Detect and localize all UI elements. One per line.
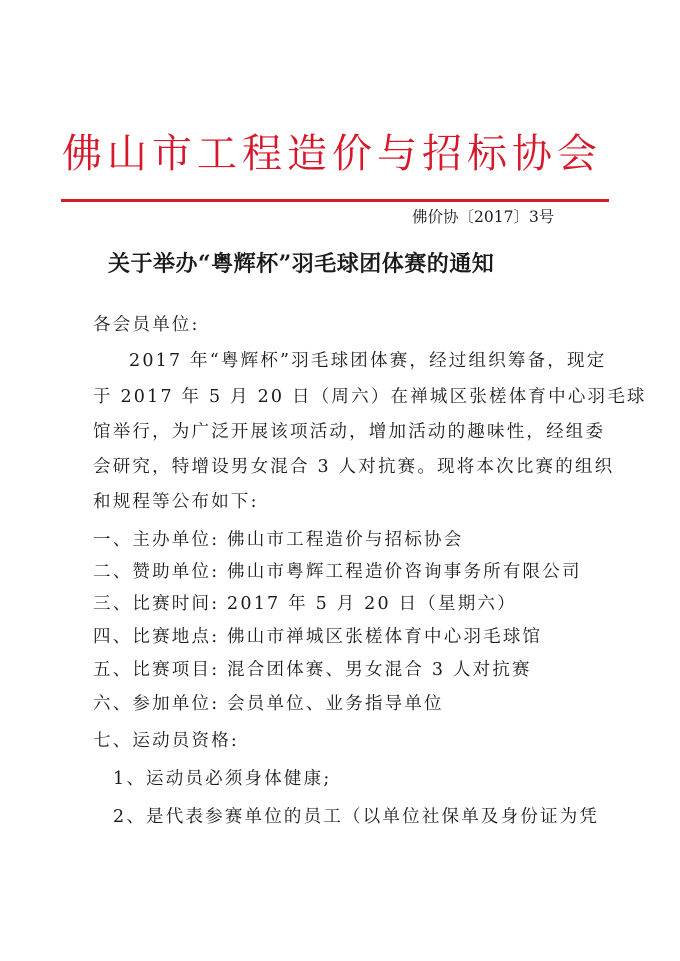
intro-line-2: 于 2017 年 5 月 20 日（周六）在禅城区张槎体育中心羽毛球 [93, 385, 647, 409]
item-athlete-eligibility: 七、运动员资格: [93, 729, 239, 753]
notice-title: 关于举办“粤辉杯”羽毛球团体赛的通知 [108, 250, 494, 278]
letterhead-red-rule [61, 199, 609, 202]
eligibility-sub-item-1: 1、运动员必须身体健康; [113, 767, 331, 791]
item-time: 三、比赛时间: 2017 年 5 月 20 日（星期六） [93, 592, 517, 616]
item-organizer: 一、主办单位: 佛山市工程造价与招标协会 [93, 528, 463, 552]
item-venue: 四、比赛地点: 佛山市禅城区张槎体育中心羽毛球馆 [93, 625, 542, 649]
intro-line-4: 会研究，特增设男女混合 3 人对抗赛。现将本次比赛的组织 [93, 455, 614, 479]
intro-line-1: 2017 年“粤辉杯”羽毛球团体赛，经过组织筹备，现定 [129, 349, 606, 373]
item-events: 五、比赛项目: 混合团体赛、男女混合 3 人对抗赛 [93, 658, 532, 682]
eligibility-sub-item-2: 2、是代表参赛单位的员工（以单位社保单及身份证为凭 [113, 805, 599, 829]
item-participants: 六、参加单位: 会员单位、业务指导单位 [93, 692, 444, 716]
document-number: 佛价协〔2017〕3号 [412, 206, 554, 228]
item-sponsor: 二、赞助单位: 佛山市粤辉工程造价咨询事务所有限公司 [93, 560, 582, 584]
salutation: 各会员单位: [93, 313, 200, 337]
intro-line-5: 和规程等公布如下: [93, 490, 259, 514]
intro-line-3: 馆举行，为广泛开展该项活动，增加活动的趣味性，经组委 [93, 420, 605, 444]
organization-letterhead: 佛山市工程造价与招标协会 [62, 130, 618, 178]
